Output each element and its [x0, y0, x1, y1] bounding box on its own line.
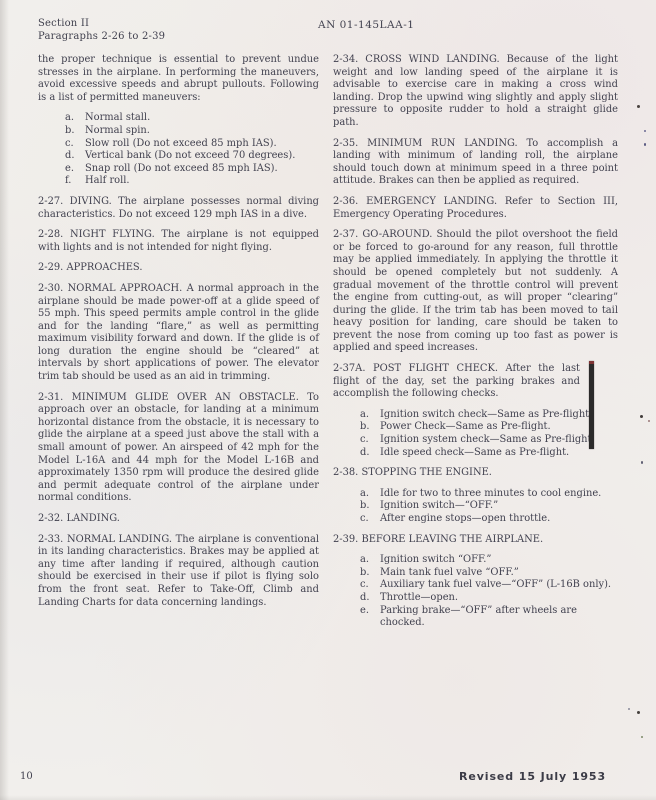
list-item: d.Idle speed check—Same as Pre-flight. [360, 447, 618, 460]
list-item: c.Ignition system check—Same as Pre-flig… [360, 434, 618, 447]
list-item-text: Ignition switch check—Same as Pre-flight… [380, 409, 618, 422]
list-item-text: Normal stall. [85, 112, 319, 125]
list-item: c.Auxiliary tank fuel valve—“OFF” (L-16B… [360, 579, 618, 592]
scan-speck [637, 105, 640, 108]
list-item: a.Normal stall. [65, 112, 319, 125]
list-item-letter: c. [360, 579, 380, 592]
list-item: b.Power Check—Same as Pre-flight. [360, 421, 618, 434]
list-item-text: Idle for two to three minutes to cool en… [380, 488, 618, 501]
list-item-text: Throttle—open. [380, 592, 618, 605]
list-item-text: Idle speed check—Same as Pre-flight. [380, 447, 618, 460]
left-column: the proper technique is essential to pre… [38, 54, 319, 617]
list-item-letter: b. [360, 567, 380, 580]
paragraph-2-33-normal-landing: 2-33. NORMAL LANDING. The airplane is co… [38, 534, 319, 610]
list-item-text: Main tank fuel valve “OFF.” [380, 567, 618, 580]
paragraph-2-36-emergency-landing: 2-36. EMERGENCY LANDING. Refer to Sectio… [333, 196, 618, 221]
paragraph-2-37a-text: 2-37A. POST FLIGHT CHECK. After the last… [333, 363, 580, 399]
header-doc-number: AN 01-145LAA-1 [318, 19, 414, 31]
scan-edge-shadow [0, 0, 9, 800]
scan-speck [641, 461, 643, 464]
list-item-letter: f. [65, 175, 85, 188]
scan-speck [644, 130, 646, 132]
heading-2-32-landing: 2-32. LANDING. [38, 513, 319, 526]
list-item-text: Ignition switch—“OFF.” [380, 500, 618, 513]
before-leaving-list: a.Ignition switch “OFF.” b.Main tank fue… [333, 554, 618, 630]
heading-2-29-approaches: 2-29. APPROACHES. [38, 262, 319, 275]
list-item-letter: a. [65, 112, 85, 125]
list-item: a.Ignition switch “OFF.” [360, 554, 618, 567]
list-item-letter: b. [360, 500, 380, 513]
list-item-letter: a. [360, 409, 380, 422]
manual-page: Section II Paragraphs 2-26 to 2-39 AN 01… [0, 0, 656, 800]
stopping-engine-list: a.Idle for two to three minutes to cool … [333, 488, 618, 526]
scan-speck [640, 415, 643, 418]
scan-speck [644, 143, 646, 146]
paragraph-2-27-diving: 2-27. DIVING. The airplane possesses nor… [38, 196, 319, 221]
list-item-letter: b. [65, 125, 85, 138]
post-flight-check-list: a.Ignition switch check—Same as Pre-flig… [333, 409, 618, 459]
header-paragraph-range: Paragraphs 2-26 to 2-39 [38, 31, 165, 44]
list-item-text: Auxiliary tank fuel valve—“OFF” (L-16B o… [380, 579, 618, 592]
list-item: d.Vertical bank (Do not exceed 70 degree… [65, 150, 319, 163]
paragraph-2-26-continuation: the proper technique is essential to pre… [38, 54, 319, 104]
revision-change-bar [589, 361, 594, 449]
list-item: b.Ignition switch—“OFF.” [360, 500, 618, 513]
maneuver-list: a.Normal stall. b.Normal spin. c.Slow ro… [38, 112, 319, 188]
list-item-text: Ignition switch “OFF.” [380, 554, 618, 567]
list-item-text: Parking brake—“OFF” after wheels are cho… [380, 605, 618, 630]
page-number: 10 [20, 771, 33, 782]
scan-speck [648, 420, 650, 422]
paragraph-2-35-minimum-run-landing: 2-35. MINIMUM RUN LANDING. To accomplish… [333, 138, 618, 188]
paragraph-2-28-night-flying: 2-28. NIGHT FLYING. The airplane is not … [38, 229, 319, 254]
heading-2-38-stopping-the-engine: 2-38. STOPPING THE ENGINE. [333, 467, 618, 480]
list-item: c.After engine stops—open throttle. [360, 513, 618, 526]
heading-2-39-before-leaving-the-airplane: 2-39. BEFORE LEAVING THE AIRPLANE. [333, 534, 618, 547]
list-item-text: Power Check—Same as Pre-flight. [380, 421, 618, 434]
scan-speck [637, 711, 640, 714]
revision-note: Revised 15 July 1953 [459, 770, 606, 783]
list-item-letter: d. [65, 150, 85, 163]
scan-edge-shadow-bottom [0, 795, 656, 800]
list-item: f.Half roll. [65, 175, 319, 188]
list-item: b.Normal spin. [65, 125, 319, 138]
list-item-letter: d. [360, 592, 380, 605]
list-item-letter: e. [65, 163, 85, 176]
list-item-letter: c. [65, 138, 85, 151]
paragraph-2-31-minimum-glide: 2-31. MINIMUM GLIDE OVER AN OBSTACLE. To… [38, 392, 319, 505]
list-item-text: Snap roll (Do not exceed 85 mph IAS). [85, 163, 319, 176]
list-item-text: Vertical bank (Do not exceed 70 degrees)… [85, 150, 319, 163]
list-item-text: Half roll. [85, 175, 319, 188]
list-item-letter: b. [360, 421, 380, 434]
right-column: 2-34. CROSS WIND LANDING. Because of the… [333, 54, 618, 638]
header-section-block: Section II Paragraphs 2-26 to 2-39 [38, 18, 165, 43]
list-item: c.Slow roll (Do not exceed 85 mph IAS). [65, 138, 319, 151]
list-item-text: Ignition system check—Same as Pre-flight… [380, 434, 618, 447]
list-item: a.Ignition switch check—Same as Pre-flig… [360, 409, 618, 422]
paragraph-2-30-normal-approach: 2-30. NORMAL APPROACH. A normal approach… [38, 283, 319, 384]
paragraph-2-37a-post-flight-check: 2-37A. POST FLIGHT CHECK. After the last… [333, 363, 580, 401]
list-item-letter: e. [360, 605, 380, 630]
list-item-text: Normal spin. [85, 125, 319, 138]
list-item: e.Parking brake—“OFF” after wheels are c… [360, 605, 618, 630]
list-item: b.Main tank fuel valve “OFF.” [360, 567, 618, 580]
list-item-letter: c. [360, 513, 380, 526]
scan-speck [628, 708, 630, 710]
paragraph-2-37-go-around: 2-37. GO-AROUND. Should the pilot oversh… [333, 229, 618, 355]
list-item-letter: a. [360, 554, 380, 567]
list-item-text: After engine stops—open throttle. [380, 513, 618, 526]
list-item-text: Slow roll (Do not exceed 85 mph IAS). [85, 138, 319, 151]
list-item-letter: a. [360, 488, 380, 501]
list-item: a.Idle for two to three minutes to cool … [360, 488, 618, 501]
list-item: e.Snap roll (Do not exceed 85 mph IAS). [65, 163, 319, 176]
list-item-letter: c. [360, 434, 380, 447]
list-item-letter: d. [360, 447, 380, 460]
scan-speck [641, 736, 643, 738]
header-section-title: Section II [38, 18, 165, 31]
list-item: d.Throttle—open. [360, 592, 618, 605]
paragraph-2-34-cross-wind-landing: 2-34. CROSS WIND LANDING. Because of the… [333, 54, 618, 130]
